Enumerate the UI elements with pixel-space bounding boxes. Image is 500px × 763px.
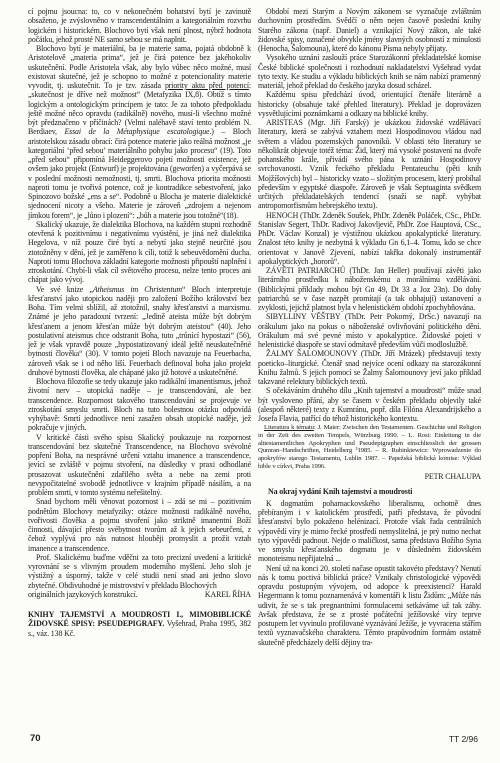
paragraph: Blochovo bytí je materiální, ba je mater… bbox=[28, 44, 251, 220]
paragraph: HENOCH (ThDr. Zdeněk Soušek, PhDr. Zdeně… bbox=[258, 211, 481, 267]
paragraph: K dogmatům poharnackovského liberalismu,… bbox=[258, 499, 481, 564]
text-columns: cí pojmu jsoucna: to, co v nekonečném bo… bbox=[28, 7, 482, 647]
paragraph: ARISTEAS (Mgr. Jiří Farský) je ukázkou ž… bbox=[258, 118, 481, 211]
paragraph: S očekáváním druhého dílu „Knih tajemstv… bbox=[258, 386, 481, 423]
paragraph: ZÁVĚTI PATRIARCHŮ (ThDr. Jan Heller) pou… bbox=[258, 266, 481, 312]
reviewer-signature: PETR CHALUPA bbox=[258, 472, 481, 481]
page-number: 70 bbox=[30, 733, 41, 744]
review-signature-line: originálních jazykových konstrukcí. KARE… bbox=[28, 590, 251, 599]
bibliography-note: Literatura k tématu: J. Maier: Zwischen … bbox=[258, 424, 481, 470]
reviewed-book-citation: KNIHY TAJEMSTVÍ A MOUDROSTI I., MIMOBIBL… bbox=[28, 610, 251, 638]
reviewer-signature: KAREL ŘÍHA bbox=[199, 590, 251, 599]
paragraph-last-line: originálních jazykových konstrukcí. bbox=[28, 590, 138, 599]
left-column: cí pojmu jsoucna: to, co v nekonečném bo… bbox=[28, 7, 251, 647]
paragraph: Není už na konci 20. století načase opus… bbox=[258, 564, 481, 647]
paragraph: Ve své knize „Atheismus im Christentum“ … bbox=[28, 285, 251, 378]
section-subheading: Na okraj vydání Knih tajemství a moudros… bbox=[258, 487, 481, 496]
paragraph: Blochova filozofie se tedy ukazuje jako … bbox=[28, 377, 251, 433]
paragraph: Každému spisu předchází úvod, orientujíc… bbox=[258, 90, 481, 118]
issue-label: TT 2/96 bbox=[449, 734, 478, 744]
paragraph: Vysokého uznání zaslouží práce Starozáko… bbox=[258, 53, 481, 90]
paragraph: Období mezi Starým a Novým zákonem se vy… bbox=[258, 7, 481, 53]
paragraph: Snad bychom měli věnovat pozornost i – z… bbox=[28, 497, 251, 553]
paragraph: SIBYLLINY VĚŠTBY (ThDr. Petr Pokorný, Dr… bbox=[258, 312, 481, 349]
paragraph: Skalický ukazuje, že dialektika Blochova… bbox=[28, 220, 251, 285]
right-column: Období mezi Starým a Novým zákonem se vy… bbox=[258, 7, 481, 647]
paragraph-continued: cí pojmu jsoucna: to, co v nekonečném bo… bbox=[28, 7, 251, 44]
paragraph: Prof. Skalickému buďme vděčni za toto pr… bbox=[28, 553, 251, 590]
paragraph: ŽALMY ŠALOMOUNOVY (ThDr. Jiří Mrázek) př… bbox=[258, 349, 481, 386]
paragraph: V kritické části svého spisu Skalický po… bbox=[28, 433, 251, 498]
scanned-journal-page: cí pojmu jsoucna: to, co v nekonečném bo… bbox=[0, 0, 500, 763]
